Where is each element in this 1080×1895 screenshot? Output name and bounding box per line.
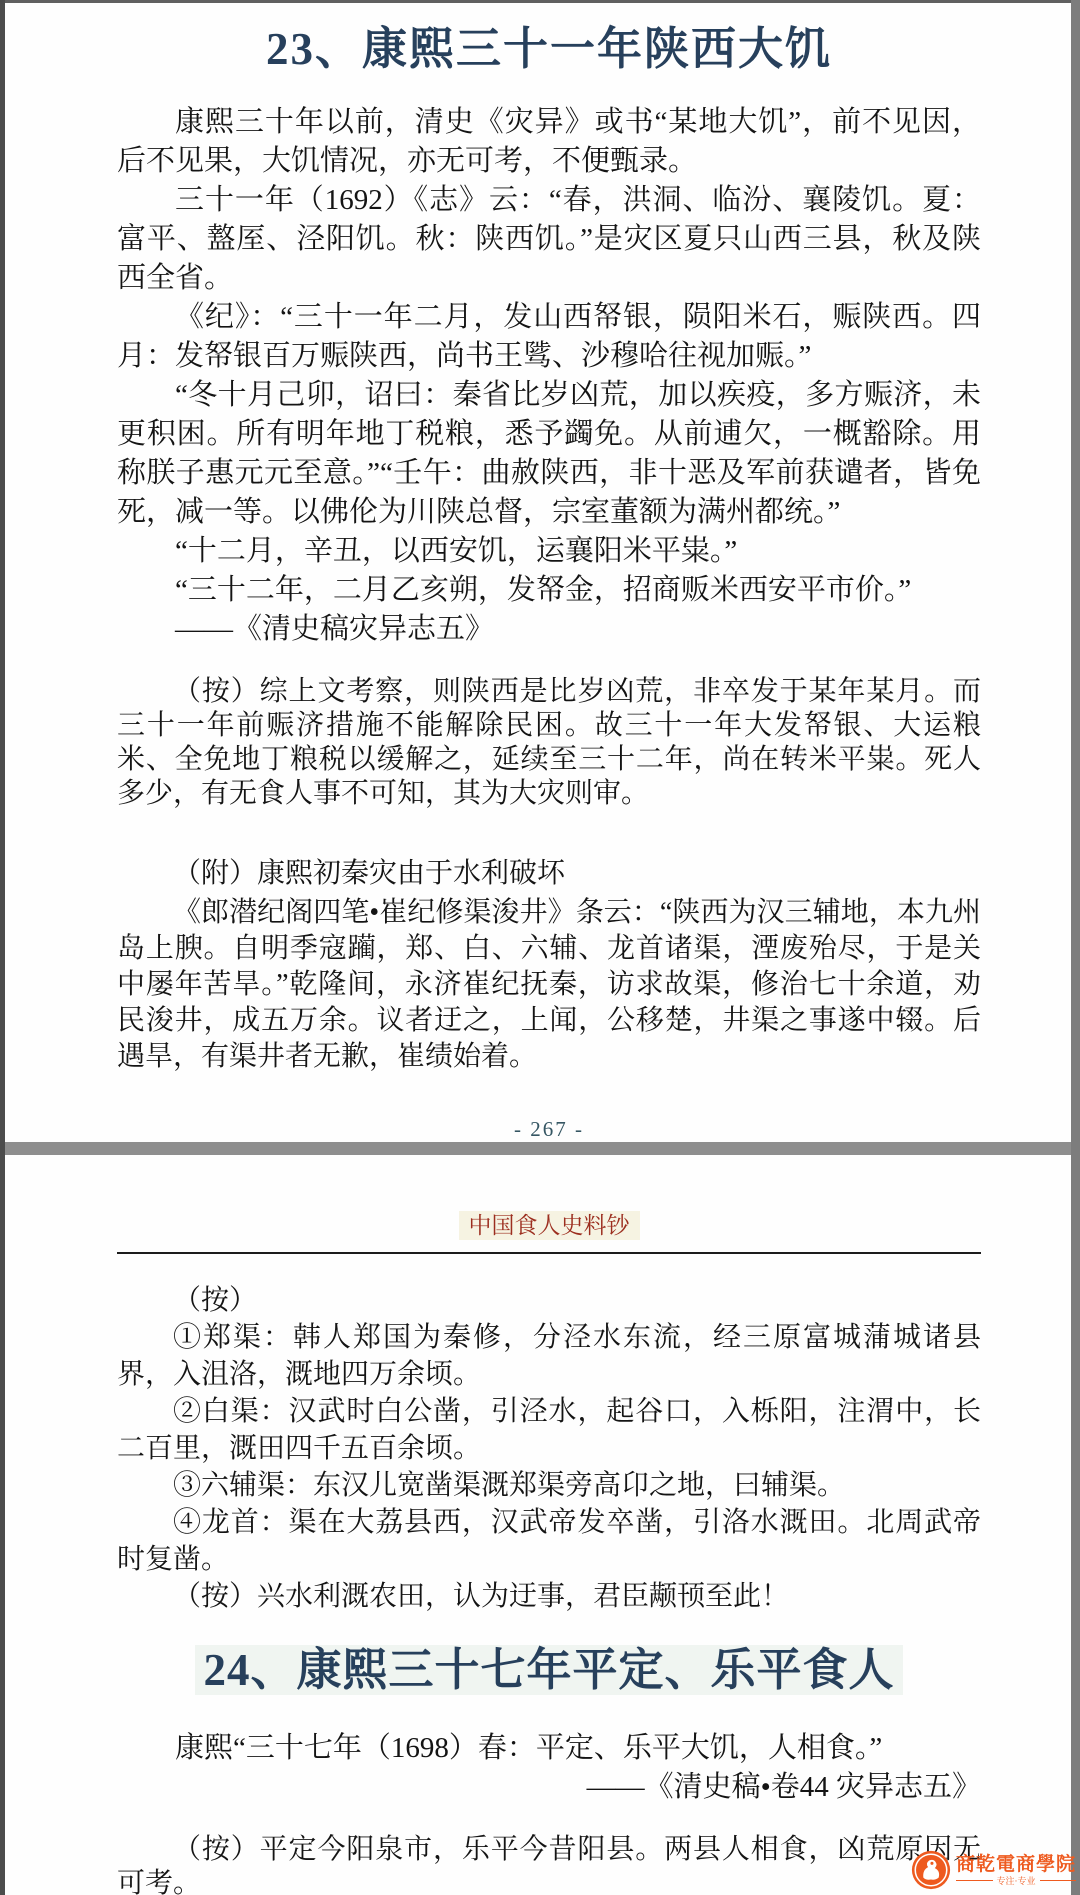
section-24-title: 24、康熙三十七年平定、乐平食人 xyxy=(117,1639,981,1701)
paragraph: “三十二年，二月乙亥朔，发帑金，招商贩米西安平市价。” xyxy=(117,571,981,610)
page-number: - 267 - xyxy=(117,1117,981,1142)
paragraph: “十二月，辛丑，以西安饥，运襄阳米平粜。” xyxy=(117,532,981,571)
section-23-body: 康熙三十年以前，清史《灾异》或书“某地大饥”，前不见因，后不见果，大饥情况，亦无… xyxy=(117,103,981,649)
appendix-title: （附）康熙初秦灾由于水利破坏 xyxy=(117,857,981,891)
paragraph: 三十一年（1692）《志》云：“春，洪洞、临汾、襄陵饥。夏：富平、盩厔、泾阳饥。… xyxy=(117,181,981,298)
watermark-dash-right xyxy=(1040,1880,1077,1881)
running-header-text: 中国食人史料钞 xyxy=(459,1211,640,1240)
annotation-list: ①郑渠：韩人郑国为秦修，分泾水东流，经三原富城蒲城诸县界，入沮洛，溉地四万余顷。… xyxy=(117,1319,981,1615)
annotation-item: ①郑渠：韩人郑国为秦修，分泾水东流，经三原富城蒲城诸县界，入沮洛，溉地四万余顷。 xyxy=(117,1319,981,1393)
scan-edge-right xyxy=(1071,0,1080,1895)
page-2: 中国食人史料钞 （按） ①郑渠：韩人郑国为秦修，分泾水东流，经三原富城蒲城诸县界… xyxy=(5,1155,1071,1895)
running-header: 中国食人史料钞 xyxy=(117,1155,981,1239)
annotation-item: ④龙首：渠在大荔县西，汉武帝发卒凿，引洛水溉田。北周武帝时复凿。 xyxy=(117,1504,981,1578)
watermark-name: 商乾電商學院 xyxy=(956,1854,1076,1875)
editor-note: （按）综上文考察，则陕西是比岁凶荒，非卒发于某年某月。而三十一年前赈济措施不能解… xyxy=(117,675,981,811)
page-1: 23、康熙三十一年陕西大饥 康熙三十年以前，清史《灾异》或书“某地大饥”，前不见… xyxy=(5,3,1071,1142)
paragraph: 康熙三十年以前，清史《灾异》或书“某地大饥”，前不见因，后不见果，大饥情况，亦无… xyxy=(117,103,981,181)
watermark: 商乾電商學院 专注·专业 xyxy=(910,1845,1078,1895)
scan-edge-top xyxy=(0,0,1080,3)
paragraph: “冬十月己卯，诏曰：秦省比岁凶荒，加以疾疫，多方赈济，未更积困。所有明年地丁税粮… xyxy=(117,376,981,532)
watermark-tagline: 专注·专业 xyxy=(997,1875,1036,1887)
source-citation: ——《清史稿灾异志五》 xyxy=(117,610,981,649)
annotation-item: ③六辅渠：东汉儿宽凿渠溉郑渠旁高卬之地，曰辅渠。 xyxy=(117,1467,981,1504)
page-separator xyxy=(0,1142,1080,1155)
watermark-dash-left xyxy=(956,1880,993,1881)
paragraph: 《纪》：“三十一年二月，发山西帑银，陨阳米石，赈陕西。四月：发帑银百万赈陕西，尚… xyxy=(117,298,981,376)
section-23-title: 23、康熙三十一年陕西大饥 xyxy=(117,19,981,79)
header-rule xyxy=(117,1252,981,1254)
editor-note: （按）平定今阳泉市，乐平今昔阳县。两县人相食，凶荒原因无可考。 xyxy=(117,1833,981,1895)
annotation-item: ②白渠：汉武时白公凿，引泾水，起谷口，入栎阳，注渭中，长二百里，溉田四千五百余顷… xyxy=(117,1393,981,1467)
note-label: （按） xyxy=(117,1282,981,1319)
editor-note: （按）兴水利溉农田，认为迂事，君臣颟顸至此！ xyxy=(117,1578,981,1615)
source-citation: ——《清史稿•卷44 灾异志五》 xyxy=(117,1768,981,1807)
watermark-seal-icon xyxy=(910,1849,952,1891)
scan-edge-left xyxy=(0,0,5,1895)
section-24-quote: 康熙“三十七年（1698）春：平定、乐平大饥，人相食。” xyxy=(117,1729,981,1768)
appendix-body: 《郎潜纪阁四笔•崔纪修渠浚井》条云：“陕西为汉三辅地，本九州岛上腴。自明季寇躏，… xyxy=(117,895,981,1075)
